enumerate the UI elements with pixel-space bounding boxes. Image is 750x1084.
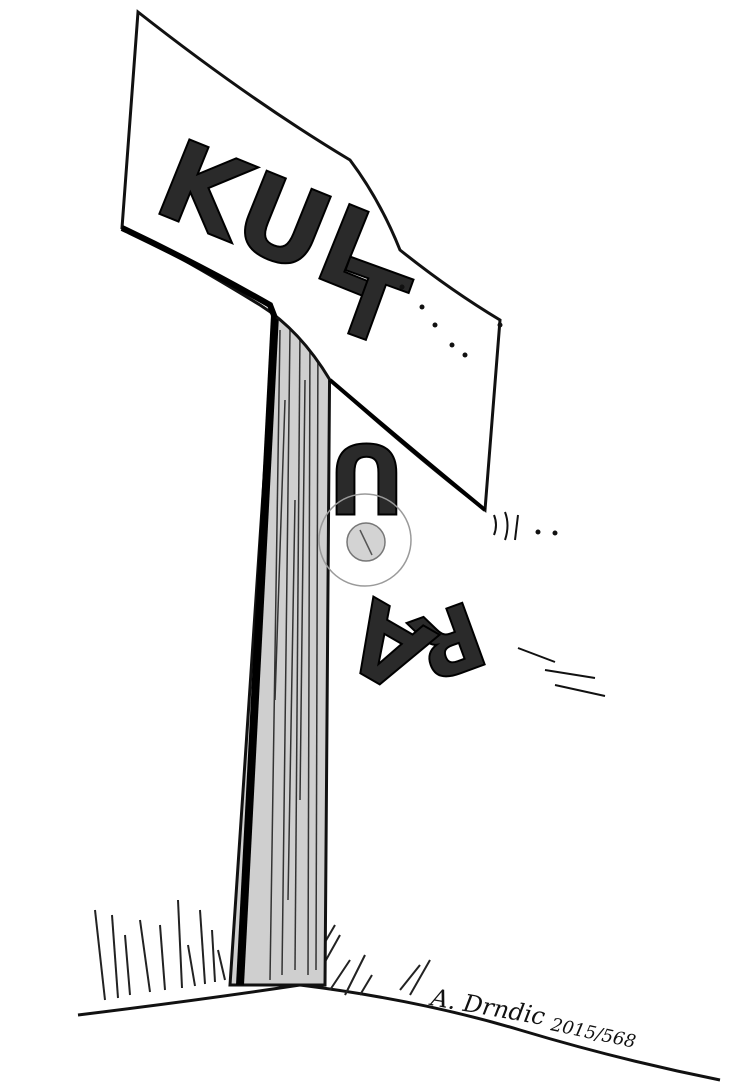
signature: A. Drndic (427, 983, 547, 1031)
catalog-number: 2015/568 (548, 1014, 638, 1053)
grass-left (95, 900, 225, 1000)
falling-letter-u: U (328, 422, 405, 532)
motion-lines-a (518, 648, 605, 696)
cartoon-canvas: KUL T U R A (0, 0, 750, 1084)
motion-lines-r (494, 512, 557, 540)
signature-text: A. Drndic (427, 983, 547, 1031)
cartoon-drawing: KUL T U R A (0, 0, 750, 1084)
